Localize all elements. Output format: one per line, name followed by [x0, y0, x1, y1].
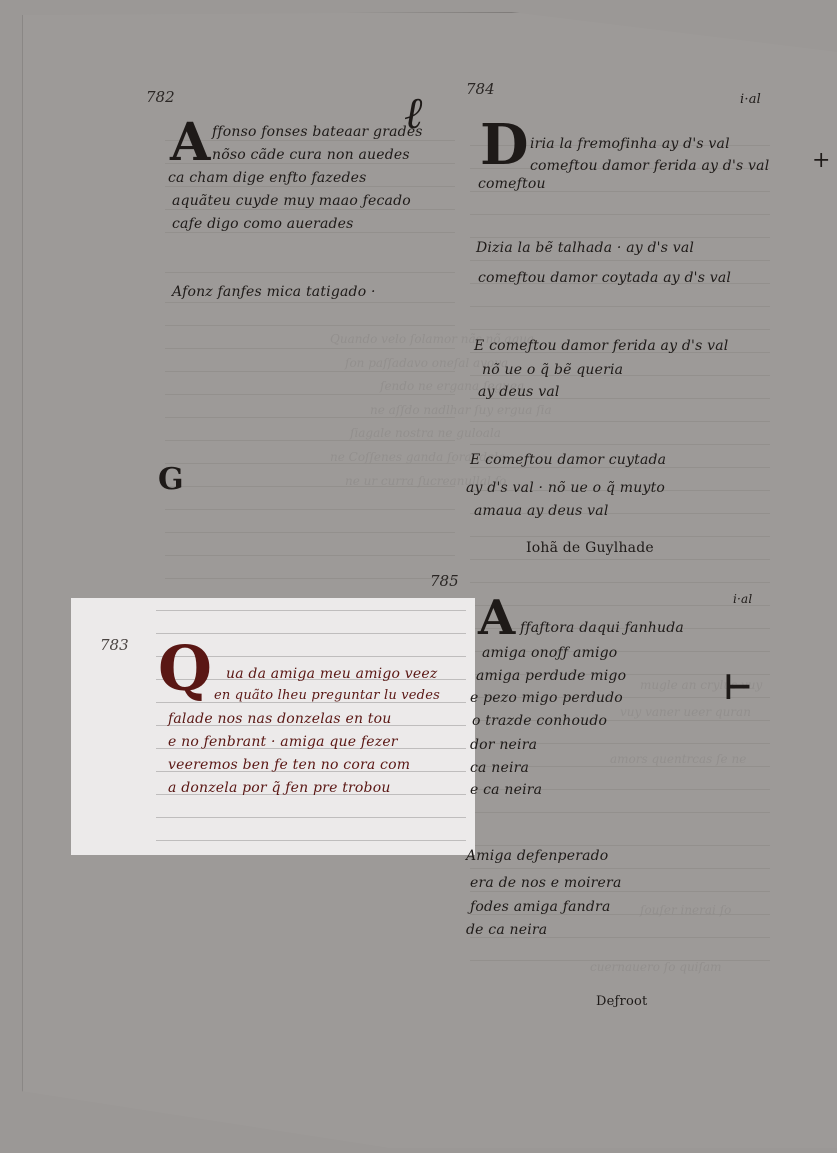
verse-line: E comeƒtou damor cuytada [470, 452, 666, 468]
verse-line: de ca neira [466, 922, 547, 938]
corner-note: i·al [740, 92, 761, 107]
verse-line: iria la fremoƒinha ay d's val [530, 136, 730, 152]
corner-note: i·al [733, 592, 752, 606]
decorated-initial: A [478, 590, 515, 646]
verse-line: comeƒtou damor coytada ay d's val [478, 270, 731, 286]
verse-line: caƒe digo como auerades [172, 216, 354, 232]
verse-line: ca cham dige enƒto fazedes [168, 170, 367, 186]
verse-line: Amiga deƒenperado [466, 848, 608, 864]
verse-line: ua da amiga meu amigo veez [226, 666, 437, 682]
verse-line: nõso cãde cura non auedes [212, 147, 410, 163]
poem-number: 783 [100, 636, 129, 654]
verse-line: aquãteu cuyde muy maao ƒecado [172, 193, 411, 209]
verse-line: amiga onoƒƒ amigo [482, 645, 617, 661]
verse-line: Dizia la bẽ talhada · ay d's val [476, 240, 694, 256]
verse-line: dor neira [470, 737, 537, 753]
verse-line: ay d's val · nõ ue o q̃ muyto [466, 480, 665, 496]
footer-note: Deƒroot [596, 994, 647, 1009]
verse-line: amiga perdude migo [476, 668, 626, 684]
verse-line: nõ ue o q̃ bẽ queria [482, 362, 623, 378]
verse-line: en quãto lheu preguntar lu vedes [214, 688, 440, 703]
poem-number: 785 [430, 572, 459, 590]
verse-line: e pezo migo perdudo [470, 690, 623, 706]
refrain-line: Afonz fanƒes mica tatigado · [172, 284, 376, 300]
decorated-initial: D [480, 112, 529, 178]
marginal-initial-g: G [158, 462, 184, 497]
verse-line: falade nos nas donzelas en tou [168, 711, 391, 727]
verse-line: comeƒtou [478, 176, 546, 192]
verse-line: ffaƒtora daqui ƒanhuda [520, 620, 684, 636]
verse-line: ffonso fonses bateaar grades [212, 124, 423, 140]
margin-plus-mark: + [812, 148, 830, 173]
verse-line: E comeƒtou damor ferida ay d's val [474, 338, 728, 354]
verse-line: ƒodes amiga ƒandra [470, 899, 611, 915]
verse-line: comeƒtou damor ferida ay d's val [530, 158, 769, 174]
verse-line: veeremos ben ƒe ten no cora com [168, 757, 410, 773]
verse-line: ca neira [470, 760, 529, 776]
poem-number: 784 [466, 80, 495, 98]
decorated-initial: A [170, 112, 210, 173]
paragraph-mark: ⊢ [723, 668, 753, 708]
verse-line: e ca neira [470, 782, 542, 798]
verse-line: o trazde conhoudo [472, 713, 607, 729]
poem-number: 782 [146, 88, 175, 106]
verse-line: e no ƒenbrant · amiga que fezer [168, 734, 398, 750]
verse-line: amaua ay deus val [474, 503, 609, 519]
verse-line: ay deus val [478, 384, 560, 400]
author-attribution: Iohã de Guylhade [526, 540, 654, 556]
verse-line: a donzela por q̃ ƒen pre trobou [168, 780, 391, 796]
decorated-initial: Q [158, 632, 212, 705]
verse-line: era de nos e moirera [470, 875, 622, 891]
